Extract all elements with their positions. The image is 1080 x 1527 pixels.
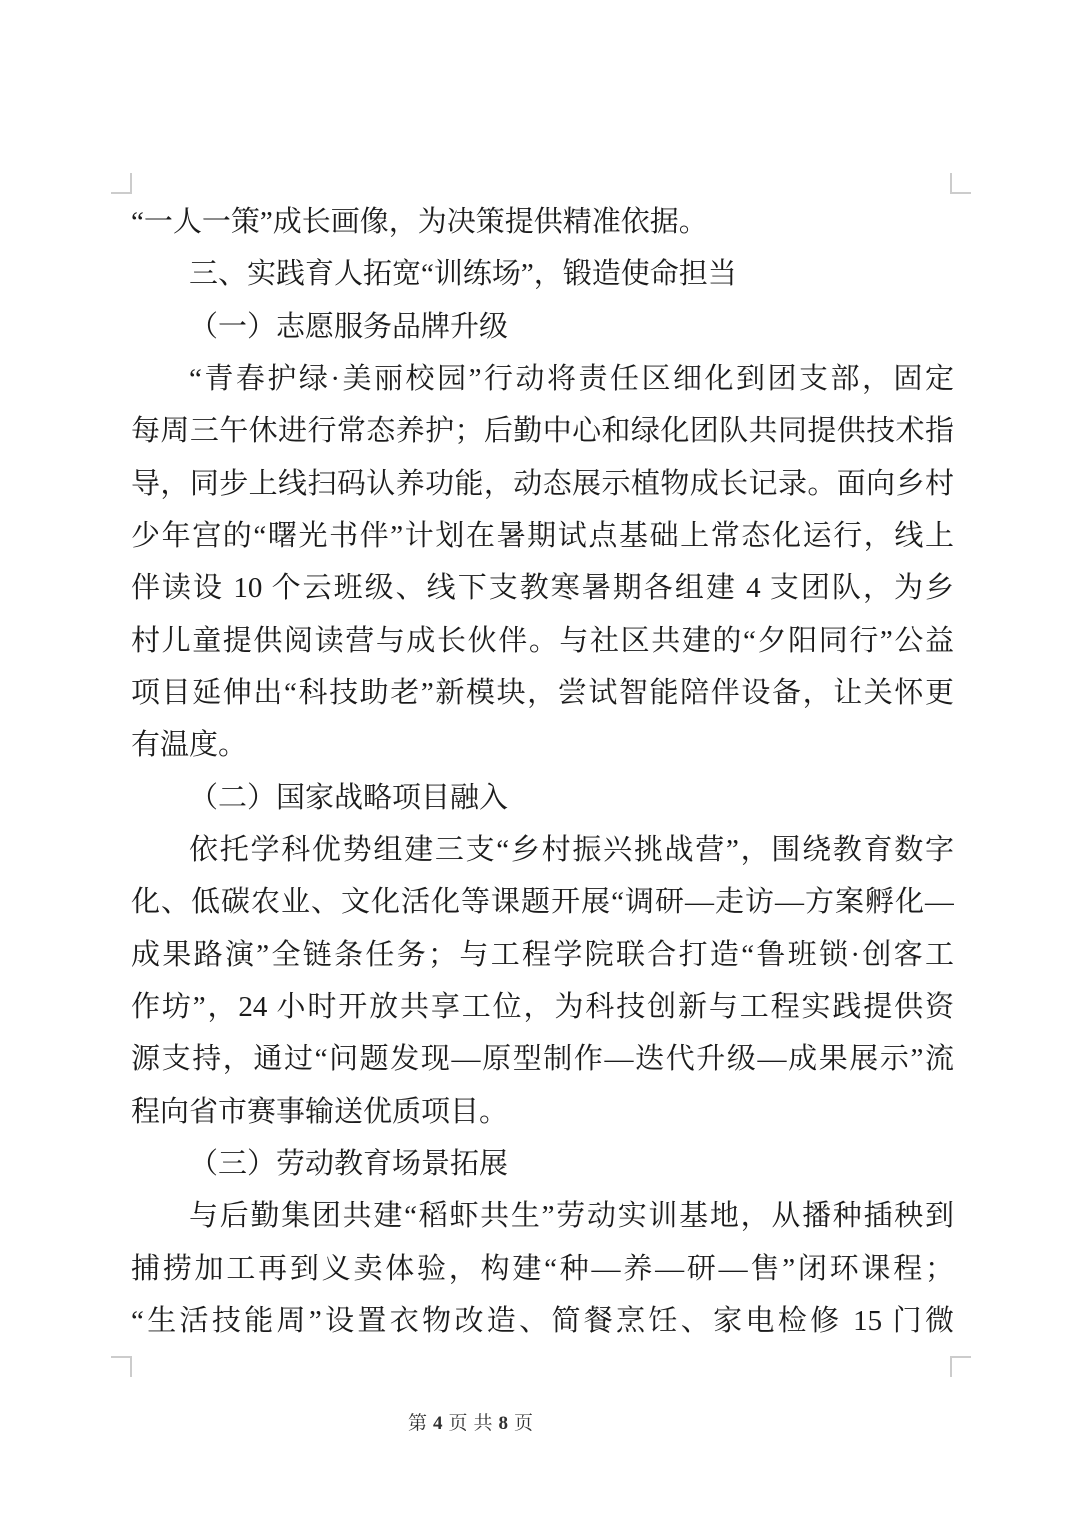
text-line: 源支持，通过“问题发现—原型制作—迭代升级—成果展示”流 — [131, 1033, 954, 1085]
text-line: 捕捞加工再到义卖体验，构建“种—养—研—售”闭环课程； — [131, 1243, 954, 1295]
subsection-heading-3-2: （二）国家战略项目融入 — [131, 772, 954, 824]
text-line: “生活技能周”设置衣物改造、简餐烹饪、家电检修 15 门微 — [131, 1295, 954, 1347]
text-line: 化、低碳农业、文化活化等课题开展“调研—走访—方案孵化— — [131, 876, 954, 928]
footer-page-label-2: 页 — [514, 1413, 533, 1434]
text-line: 依托学科优势组建三支“乡村振兴挑战营”，围绕教育数字 — [131, 824, 954, 876]
text-line: 作坊”，24 小时开放共享工位，为科技创新与工程实践提供资 — [131, 981, 954, 1033]
footer-of-label: 共 — [474, 1413, 493, 1434]
footer-page-prefix: 第 — [408, 1413, 427, 1434]
footer-current-page: 4 — [433, 1413, 443, 1434]
text-line: 少年宫的“曙光书伴”计划在暑期试点基础上常态化运行，线上 — [131, 510, 954, 562]
margin-crop-mark-top-right — [950, 173, 971, 194]
footer-page-label: 页 — [448, 1413, 467, 1434]
text-line: 村儿童提供阅读营与成长伙伴。与社区共建的“夕阳同行”公益 — [131, 615, 954, 667]
text-line: 每周三午休进行常态养护；后勤中心和绿化团队共同提供技术指 — [131, 405, 954, 457]
page-footer: 第4页共8页 — [0, 1408, 941, 1435]
margin-crop-mark-bottom-left — [111, 1356, 132, 1377]
text-line: 与后勤集团共建“稻虾共生”劳动实训基地，从播种插秧到 — [131, 1190, 954, 1242]
text-line: 成果路演”全链条任务；与工程学院联合打造“鲁班锁·创客工 — [131, 929, 954, 981]
text-line: 导，同步上线扫码认养功能，动态展示植物成长记录。面向乡村 — [131, 458, 954, 510]
subsection-heading-3-3: （三）劳动教育场景拓展 — [131, 1138, 954, 1190]
text-line: 有温度。 — [131, 719, 954, 771]
margin-crop-mark-top-left — [111, 173, 132, 194]
document-page: “一人一策”成长画像，为决策提供精准依据。 三、实践育人拓宽“训练场”，锻造使命… — [0, 0, 1080, 1527]
text-line: “青春护绿·美丽校园”行动将责任区细化到团支部，固定 — [131, 353, 954, 405]
text-line: 程向省市赛事输送优质项目。 — [131, 1086, 954, 1138]
section-heading-3: 三、实践育人拓宽“训练场”，锻造使命担当 — [131, 248, 954, 300]
footer-total-pages: 8 — [499, 1413, 509, 1434]
text-line: 伴读设 10 个云班级、线下支教寒暑期各组建 4 支团队，为乡 — [131, 562, 954, 614]
document-body-text: “一人一策”成长画像，为决策提供精准依据。 三、实践育人拓宽“训练场”，锻造使命… — [131, 196, 954, 1347]
margin-crop-mark-bottom-right — [950, 1356, 971, 1377]
text-line: “一人一策”成长画像，为决策提供精准依据。 — [131, 196, 954, 248]
text-line: 项目延伸出“科技助老”新模块，尝试智能陪伴设备，让关怀更 — [131, 667, 954, 719]
subsection-heading-3-1: （一）志愿服务品牌升级 — [131, 301, 954, 353]
